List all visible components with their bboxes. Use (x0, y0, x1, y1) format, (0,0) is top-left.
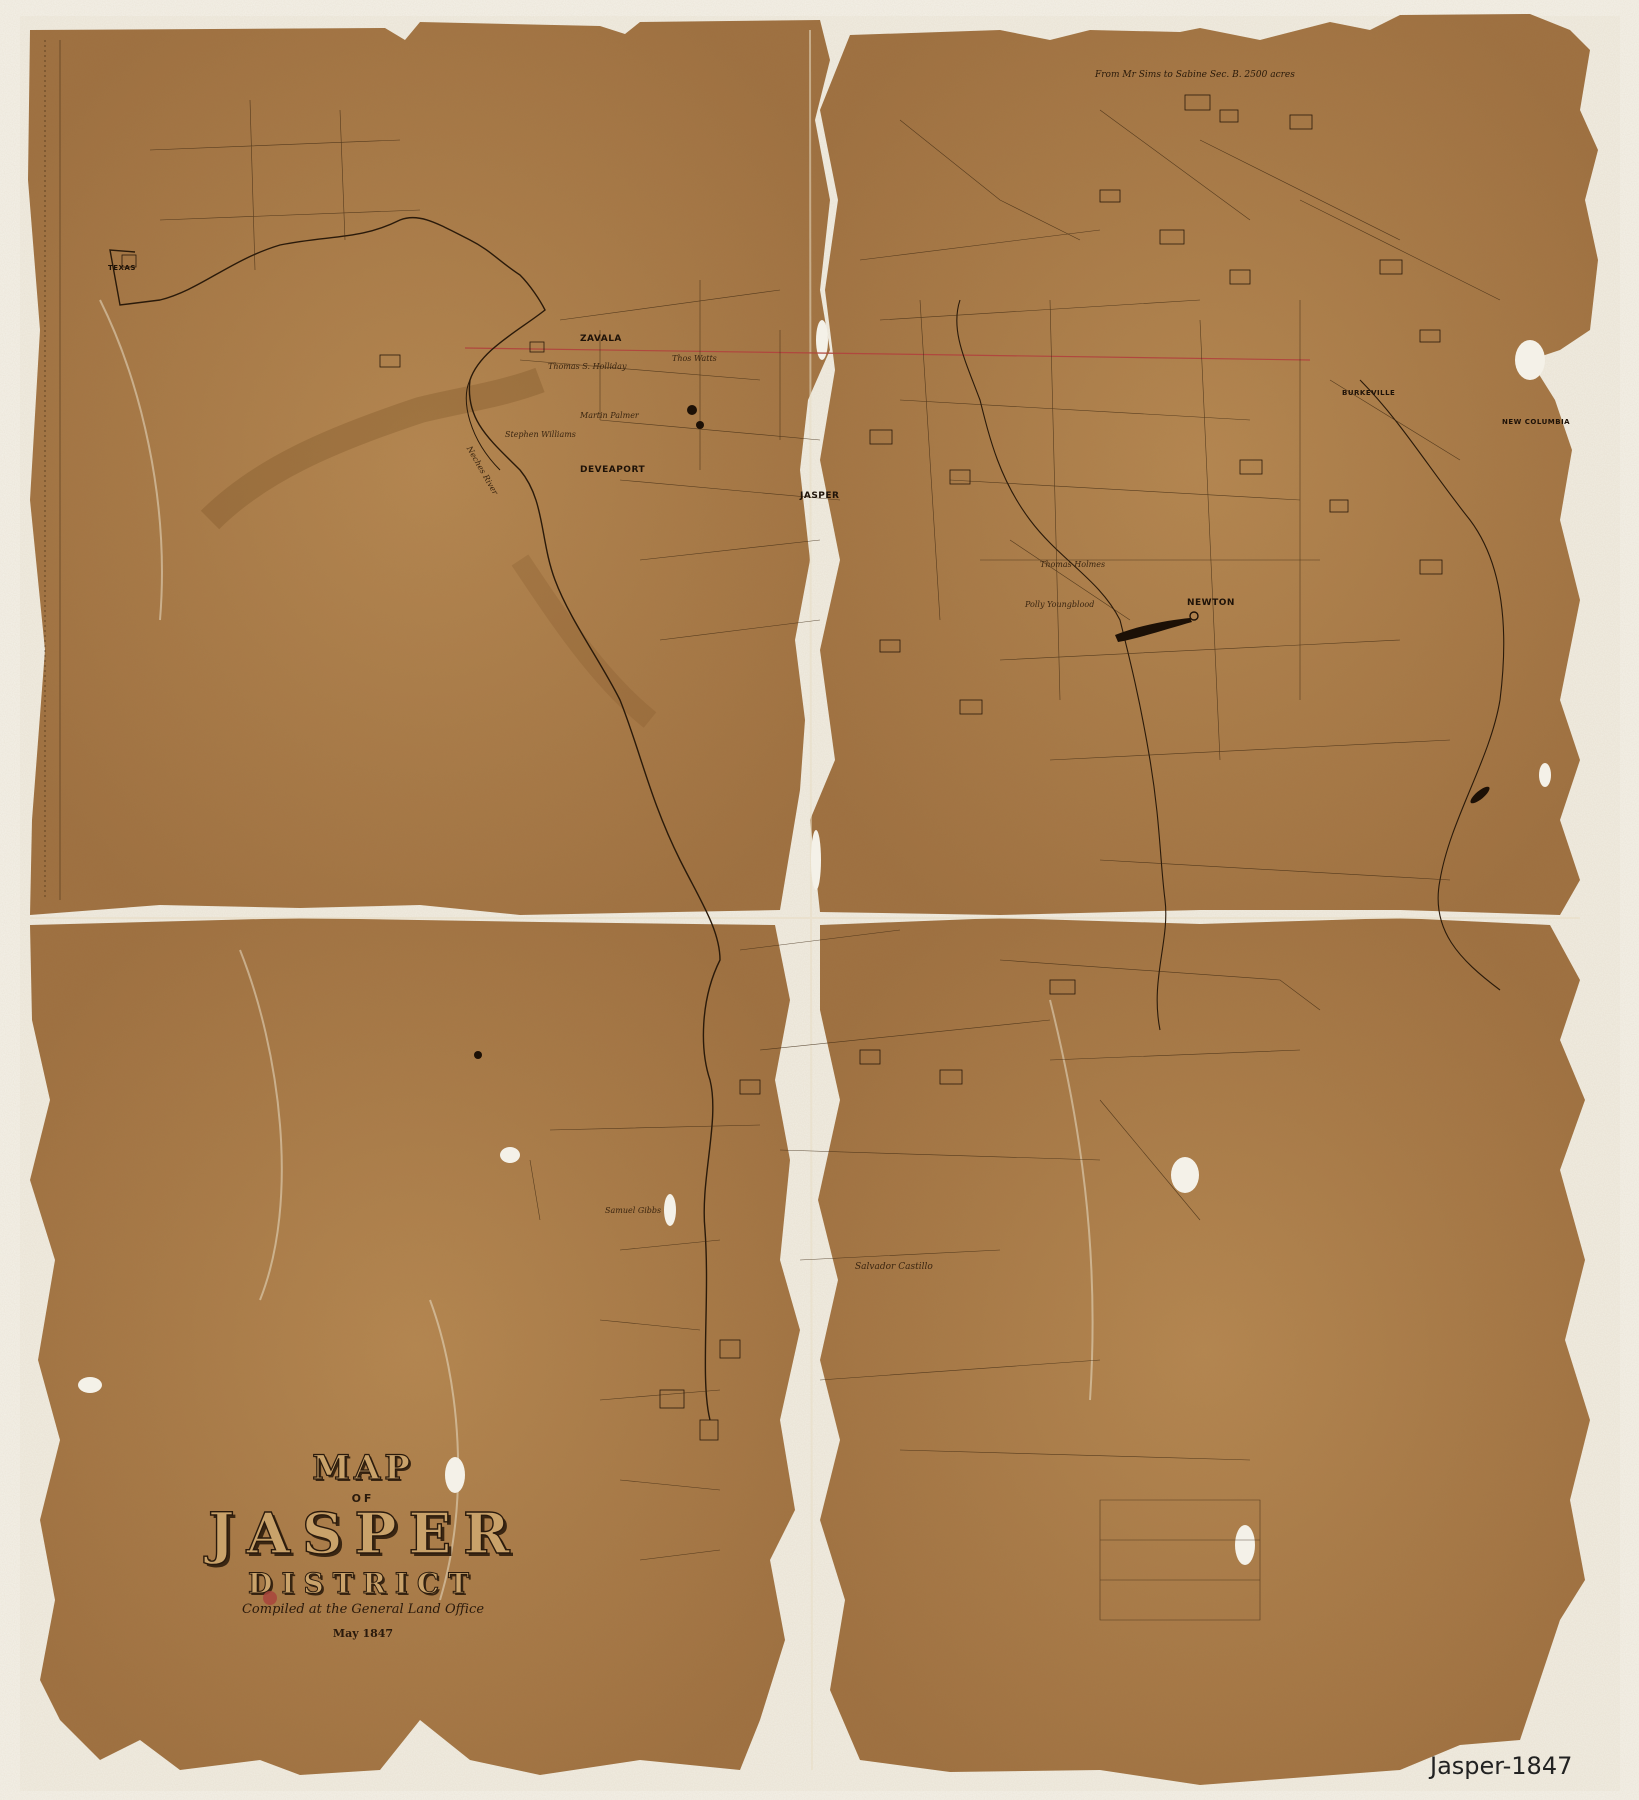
town-zavala: ZAVALA (580, 334, 622, 344)
map-title-block: MAP OF JASPER DISTRICT Compiled at the G… (228, 1448, 498, 1640)
survey-label: Thos Watts (672, 354, 717, 363)
title-map: MAP (228, 1448, 498, 1488)
title-date: May 1847 (228, 1627, 498, 1640)
survey-label: Salvador Castillo (855, 1262, 933, 1272)
town-newton: NEWTON (1187, 598, 1235, 608)
survey-label: Stephen Williams (505, 430, 576, 439)
town-new-columbia: NEW COLUMBIA (1502, 418, 1570, 426)
town-burkeville: BURKEVILLE (1342, 389, 1395, 397)
title-jasper: JASPER (208, 1505, 498, 1563)
catalog-label: Jasper-1847 (1430, 1752, 1572, 1780)
town-deveaport: DEVEAPORT (580, 465, 645, 475)
survey-label: Thomas Holmes (1040, 560, 1105, 569)
town-jasper: JASPER (800, 491, 839, 501)
label-texas: TEXAS (108, 264, 136, 272)
top-margin-note: From Mr Sims to Sabine Sec. B. 2500 acre… (1095, 70, 1295, 80)
survey-label: Thomas S. Holliday (548, 362, 626, 371)
survey-label: Martin Palmer (580, 411, 639, 420)
map-sheet[interactable]: ZAVALA DEVEAPORT JASPER NEWTON BURKEVILL… (0, 0, 1639, 1800)
survey-label: Samuel Gibbs (605, 1206, 661, 1215)
red-seal-mark (263, 1591, 277, 1605)
survey-label: Polly Youngblood (1025, 600, 1094, 609)
